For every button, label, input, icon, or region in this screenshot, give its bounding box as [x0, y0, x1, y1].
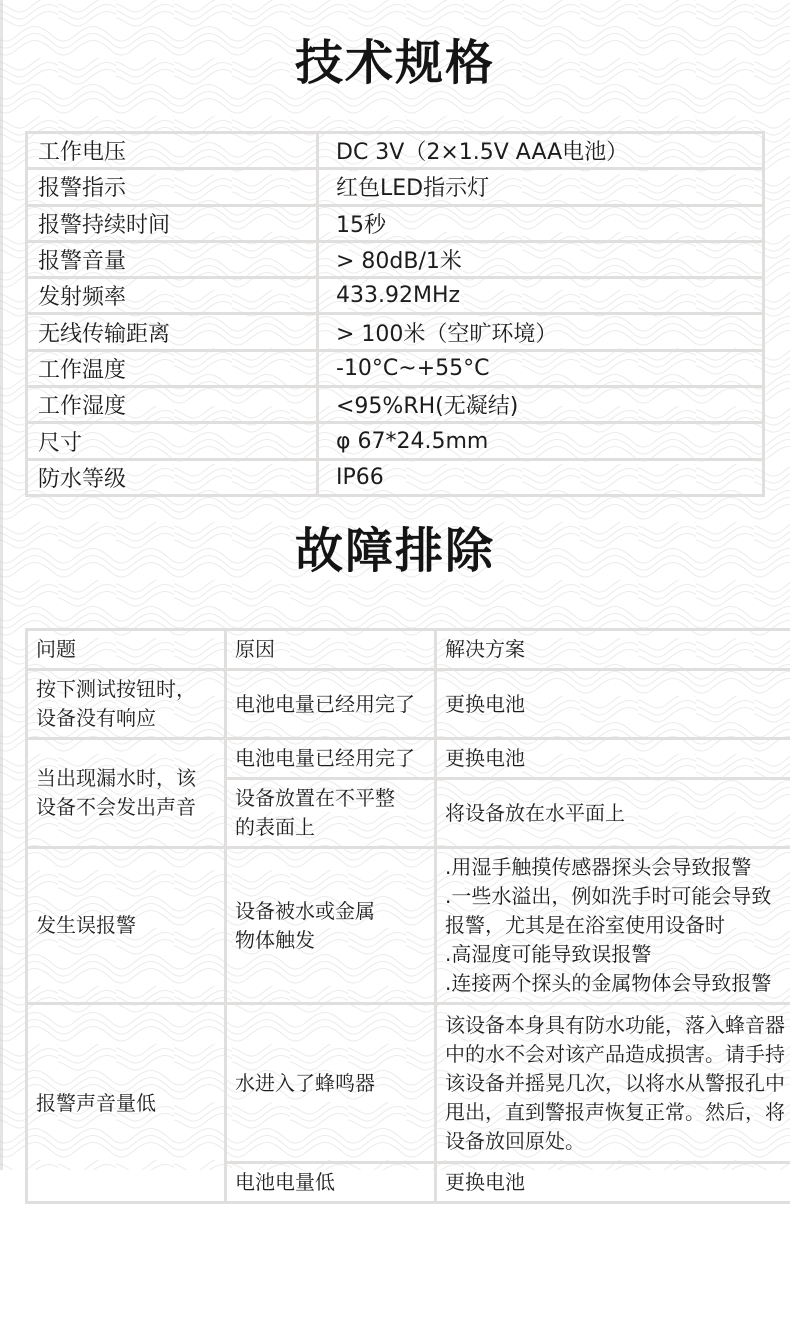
spec-row: 报警持续时间 15秒 — [27, 205, 764, 241]
spec-value: > 100米（空旷环境） — [318, 314, 764, 350]
spec-label: 工作电压 — [27, 133, 318, 169]
spec-label: 报警指示 — [27, 169, 318, 205]
spec-row: 发射频率 433.92MHz — [27, 278, 764, 314]
trouble-cause-cell: 电池电量已经用完了 — [226, 739, 436, 779]
spec-section-title: 技术规格 — [0, 36, 790, 91]
page-left-edge — [0, 0, 3, 1170]
spec-table: 工作电压 DC 3V（2×1.5V AAA电池） 报警指示 红色LED指示灯 报… — [25, 131, 765, 497]
trouble-row: 按下测试按钮时， 设备没有响应 电池电量已经用完了 更换电池 — [27, 670, 790, 739]
spec-value: > 80dB/1米 — [318, 241, 764, 277]
trouble-header-problem: 问题 — [27, 630, 226, 670]
trouble-header-solution: 解决方案 — [436, 630, 790, 670]
troubleshooting-table: 问题 原因 解决方案 按下测试按钮时， 设备没有响应 电池电量已经用完了 更换电… — [25, 628, 790, 1204]
trouble-header-row: 问题 原因 解决方案 — [27, 630, 790, 670]
spec-value: φ 67*24.5mm — [318, 423, 764, 459]
spec-row: 报警音量 > 80dB/1米 — [27, 241, 764, 277]
trouble-solution-cell: .用湿手触摸传感器探头会导致报警 .一些水溢出，例如洗手时可能会导致 报警，尤其… — [436, 848, 790, 1004]
trouble-cause-cell: 设备放置在不平整 的表面上 — [226, 779, 436, 848]
trouble-cause-cell: 水进入了蜂鸣器 — [226, 1004, 436, 1163]
trouble-header-cause: 原因 — [226, 630, 436, 670]
spec-row: 工作电压 DC 3V（2×1.5V AAA电池） — [27, 133, 764, 169]
spec-value: IP66 — [318, 459, 764, 495]
spec-label: 尺寸 — [27, 423, 318, 459]
trouble-row: 当出现漏水时，该 设备不会发出声音 电池电量已经用完了 更换电池 — [27, 739, 790, 779]
spec-row: 工作温度 -10°C~+55°C — [27, 350, 764, 386]
trouble-problem-cell: 报警声音量低 — [27, 1004, 226, 1203]
spec-label: 发射频率 — [27, 278, 318, 314]
trouble-cause-cell: 电池电量已经用完了 — [226, 670, 436, 739]
trouble-problem-cell: 当出现漏水时，该 设备不会发出声音 — [27, 739, 226, 848]
trouble-cause-cell: 设备被水或金属 物体触发 — [226, 848, 436, 1004]
spec-label: 无线传输距离 — [27, 314, 318, 350]
spec-row: 无线传输距离 > 100米（空旷环境） — [27, 314, 764, 350]
trouble-solution-cell: 将设备放在水平面上 — [436, 779, 790, 848]
spec-row: 防水等级 IP66 — [27, 459, 764, 495]
spec-value: <95%RH(无凝结) — [318, 387, 764, 423]
trouble-problem-cell: 按下测试按钮时， 设备没有响应 — [27, 670, 226, 739]
spec-row: 工作湿度 <95%RH(无凝结) — [27, 387, 764, 423]
spec-label: 报警持续时间 — [27, 205, 318, 241]
trouble-solution-cell: 该设备本身具有防水功能，落入蜂音器 中的水不会对该产品造成损害。请手持 该设备并… — [436, 1004, 790, 1163]
spec-value: 15秒 — [318, 205, 764, 241]
spec-row: 尺寸 φ 67*24.5mm — [27, 423, 764, 459]
spec-label: 工作湿度 — [27, 387, 318, 423]
spec-value: DC 3V（2×1.5V AAA电池） — [318, 133, 764, 169]
trouble-solution-cell: 更换电池 — [436, 670, 790, 739]
trouble-solution-cell: 更换电池 — [436, 1163, 790, 1203]
spec-value: -10°C~+55°C — [318, 350, 764, 386]
spec-value: 红色LED指示灯 — [318, 169, 764, 205]
spec-label: 工作温度 — [27, 350, 318, 386]
trouble-row: 报警声音量低 水进入了蜂鸣器 该设备本身具有防水功能，落入蜂音器 中的水不会对该… — [27, 1004, 790, 1163]
trouble-problem-cell: 发生误报警 — [27, 848, 226, 1004]
trouble-cause-cell: 电池电量低 — [226, 1163, 436, 1203]
spec-label: 防水等级 — [27, 459, 318, 495]
spec-label: 报警音量 — [27, 241, 318, 277]
trouble-row: 发生误报警 设备被水或金属 物体触发 .用湿手触摸传感器探头会导致报警 .一些水… — [27, 848, 790, 1004]
trouble-section-title: 故障排除 — [0, 524, 790, 579]
trouble-solution-cell: 更换电池 — [436, 739, 790, 779]
spec-row: 报警指示 红色LED指示灯 — [27, 169, 764, 205]
spec-value: 433.92MHz — [318, 278, 764, 314]
manual-page: { "sections": { "spec_title": "技术规格", "t… — [0, 0, 790, 1324]
